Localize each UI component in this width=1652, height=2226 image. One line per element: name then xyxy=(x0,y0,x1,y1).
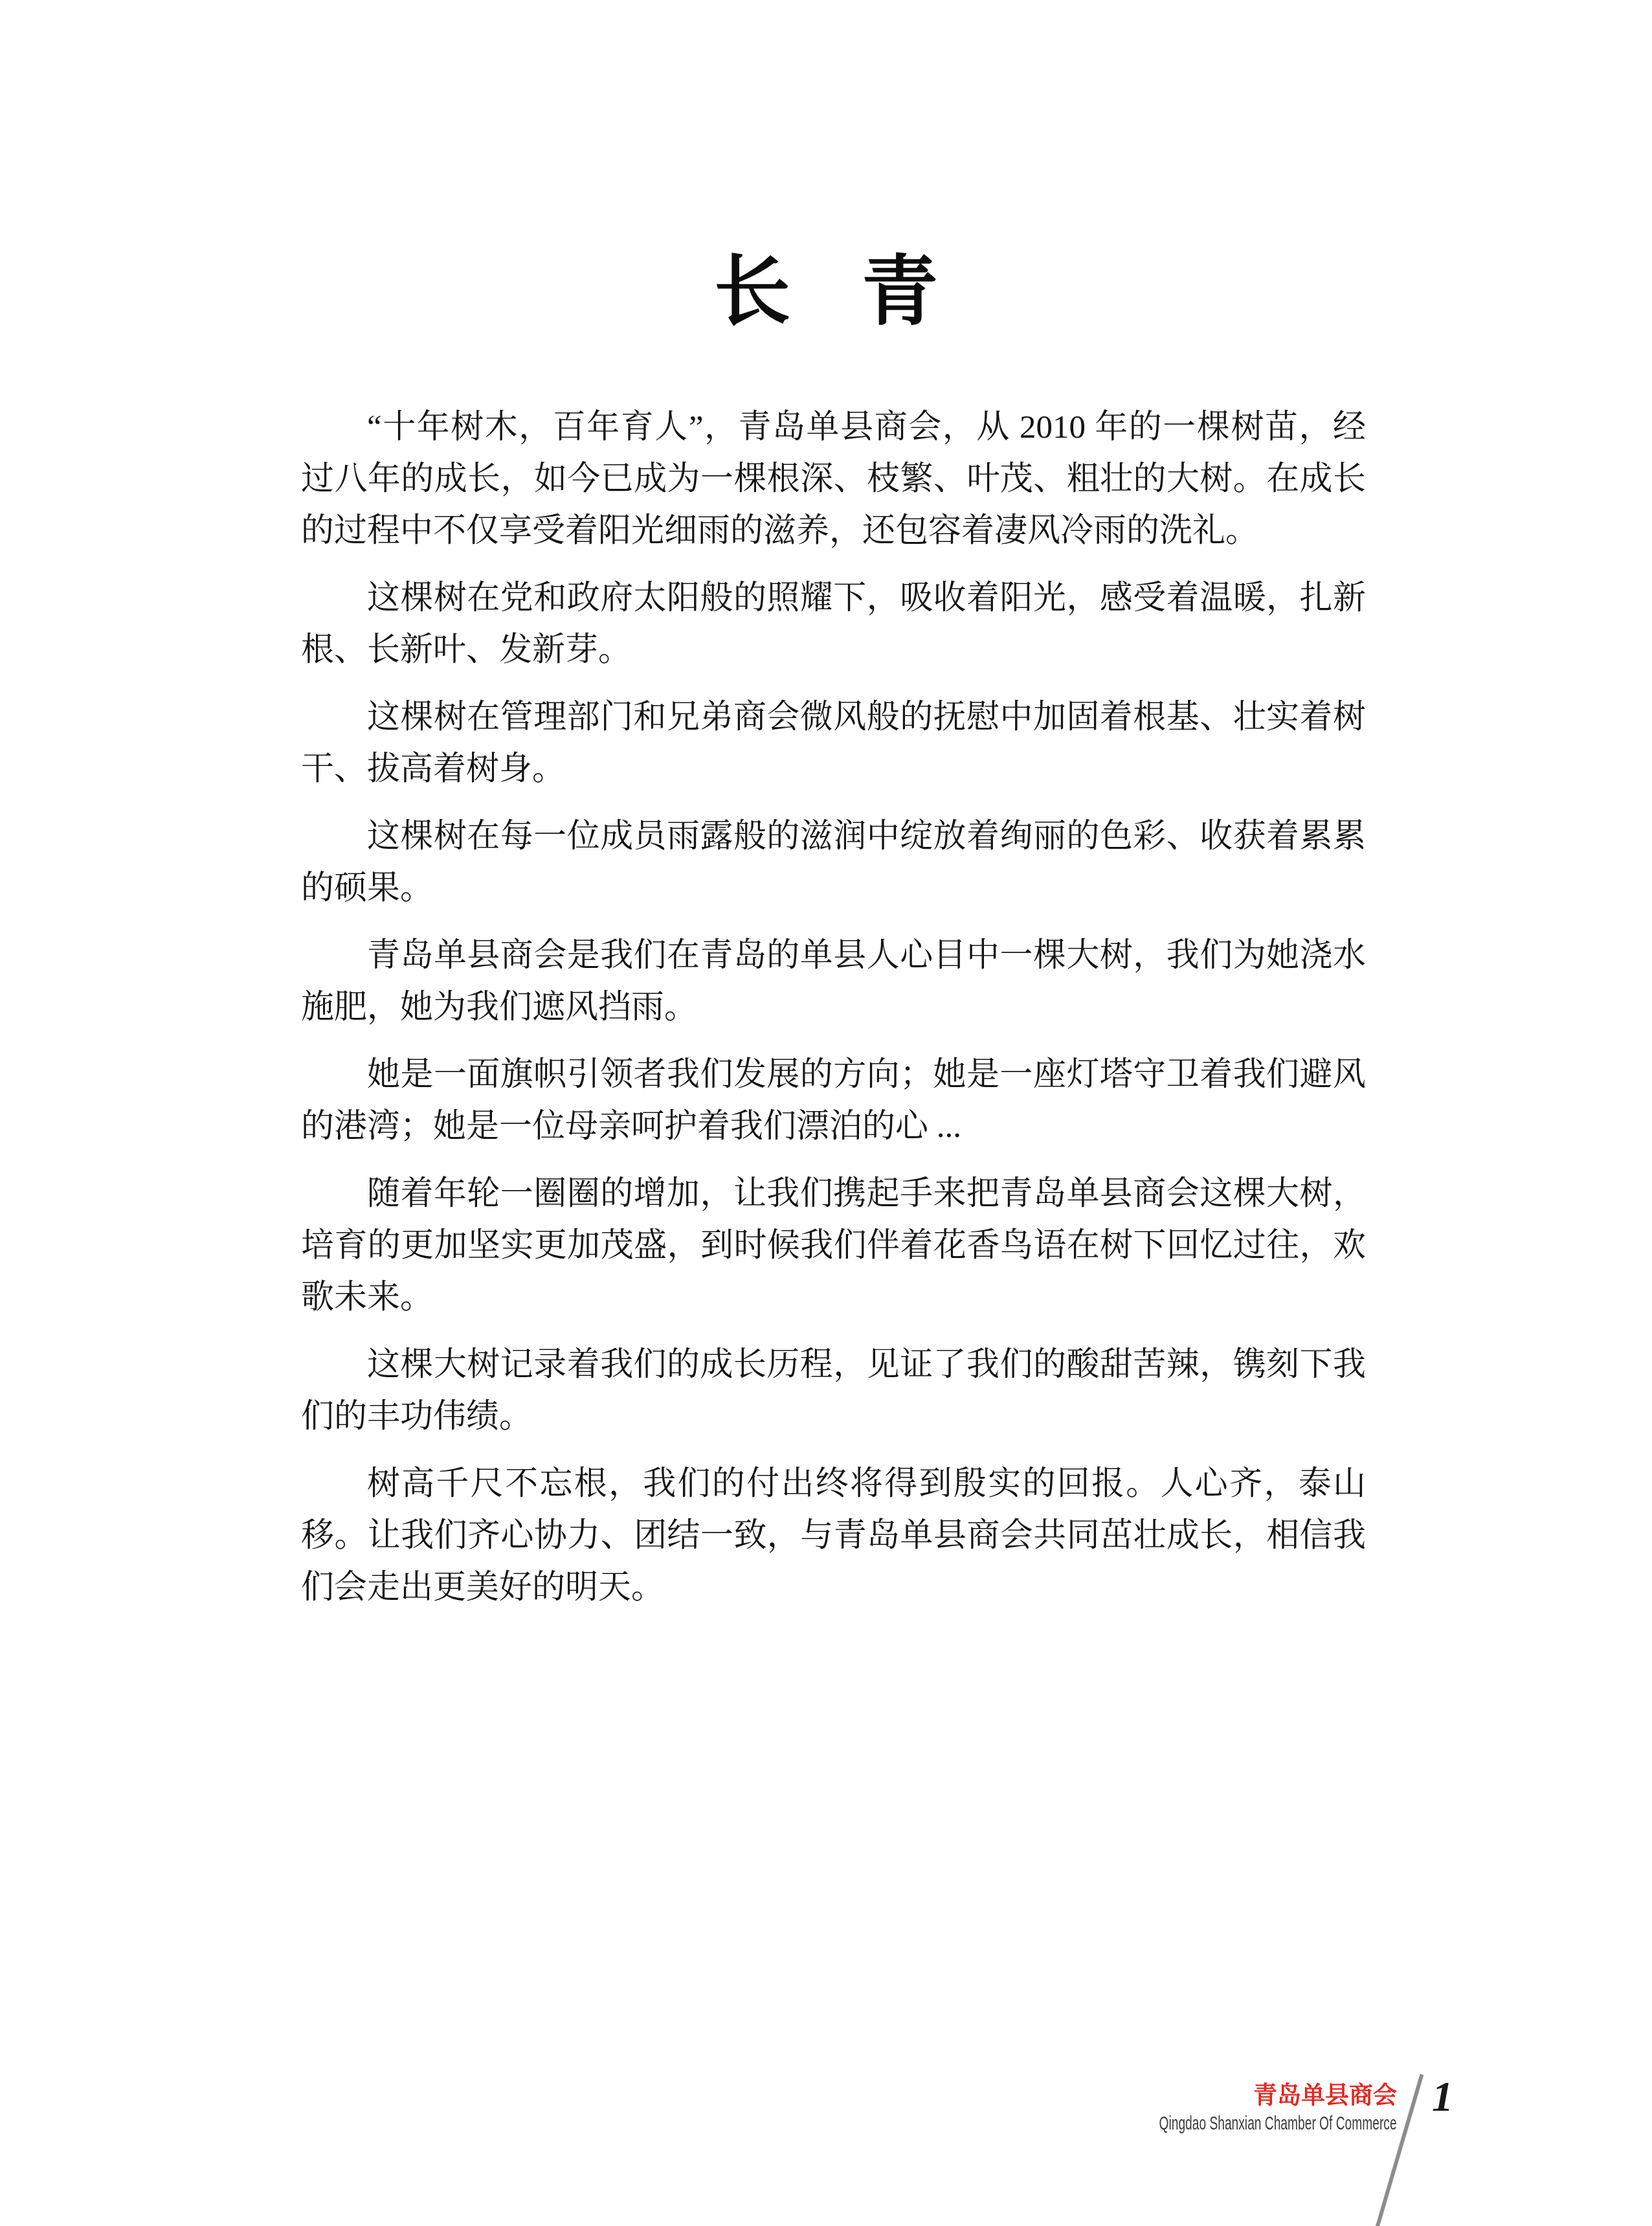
paragraph: 她是一面旗帜引领者我们发展的方向；她是一座灯塔守卫着我们避风的港湾；她是一位母亲… xyxy=(301,1049,1366,1152)
page-number: 1 xyxy=(1432,2076,1453,2119)
page-title: 长青 xyxy=(36,249,1652,337)
paragraph: 这棵大树记录着我们的成长历程，见证了我们的酸甜苦辣，镌刻下我们的丰功伟绩。 xyxy=(301,1339,1366,1443)
paragraph: 这棵树在管理部门和兄弟商会微风般的抚慰中加固着根基、壮实着树干、拔高着树身。 xyxy=(301,691,1366,795)
paragraph: 这棵树在每一位成员雨露般的滋润中绽放着绚丽的色彩、收获着累累的硕果。 xyxy=(301,811,1366,914)
article-body: “十年树木，百年育人”，青岛单县商会，从 2010 年的一棵树苗，经过八年的成长… xyxy=(301,401,1366,1629)
paragraph: “十年树木，百年育人”，青岛单县商会，从 2010 年的一棵树苗，经过八年的成长… xyxy=(301,401,1366,557)
paragraph: 随着年轮一圈圈的增加，让我们携起手来把青岛单县商会这棵大树，培育的更加坚实更加茂… xyxy=(301,1168,1366,1323)
footer-brand-english: Qingdao Shanxian Chamber Of Commerce xyxy=(1159,2114,1397,2133)
paragraph: 青岛单县商会是我们在青岛的单县人心目中一棵大树，我们为她浇水施肥，她为我们遮风挡… xyxy=(301,930,1366,1033)
paragraph: 这棵树在党和政府太阳般的照耀下，吸收着阳光，感受着温暖，扎新根、长新叶、发新芽。 xyxy=(301,572,1366,676)
footer-brand-chinese: 青岛单县商会 xyxy=(1025,2084,1397,2108)
paragraph: 树高千尺不忘根，我们的付出终将得到殷实的回报。人心齐，泰山移。让我们齐心协力、团… xyxy=(301,1458,1366,1613)
document-page: 长青 “十年树木，百年育人”，青岛单县商会，从 2010 年的一棵树苗，经过八年… xyxy=(0,0,1652,2226)
footer-brand: 青岛单县商会 Qingdao Shanxian Chamber Of Comme… xyxy=(1025,2084,1397,2133)
